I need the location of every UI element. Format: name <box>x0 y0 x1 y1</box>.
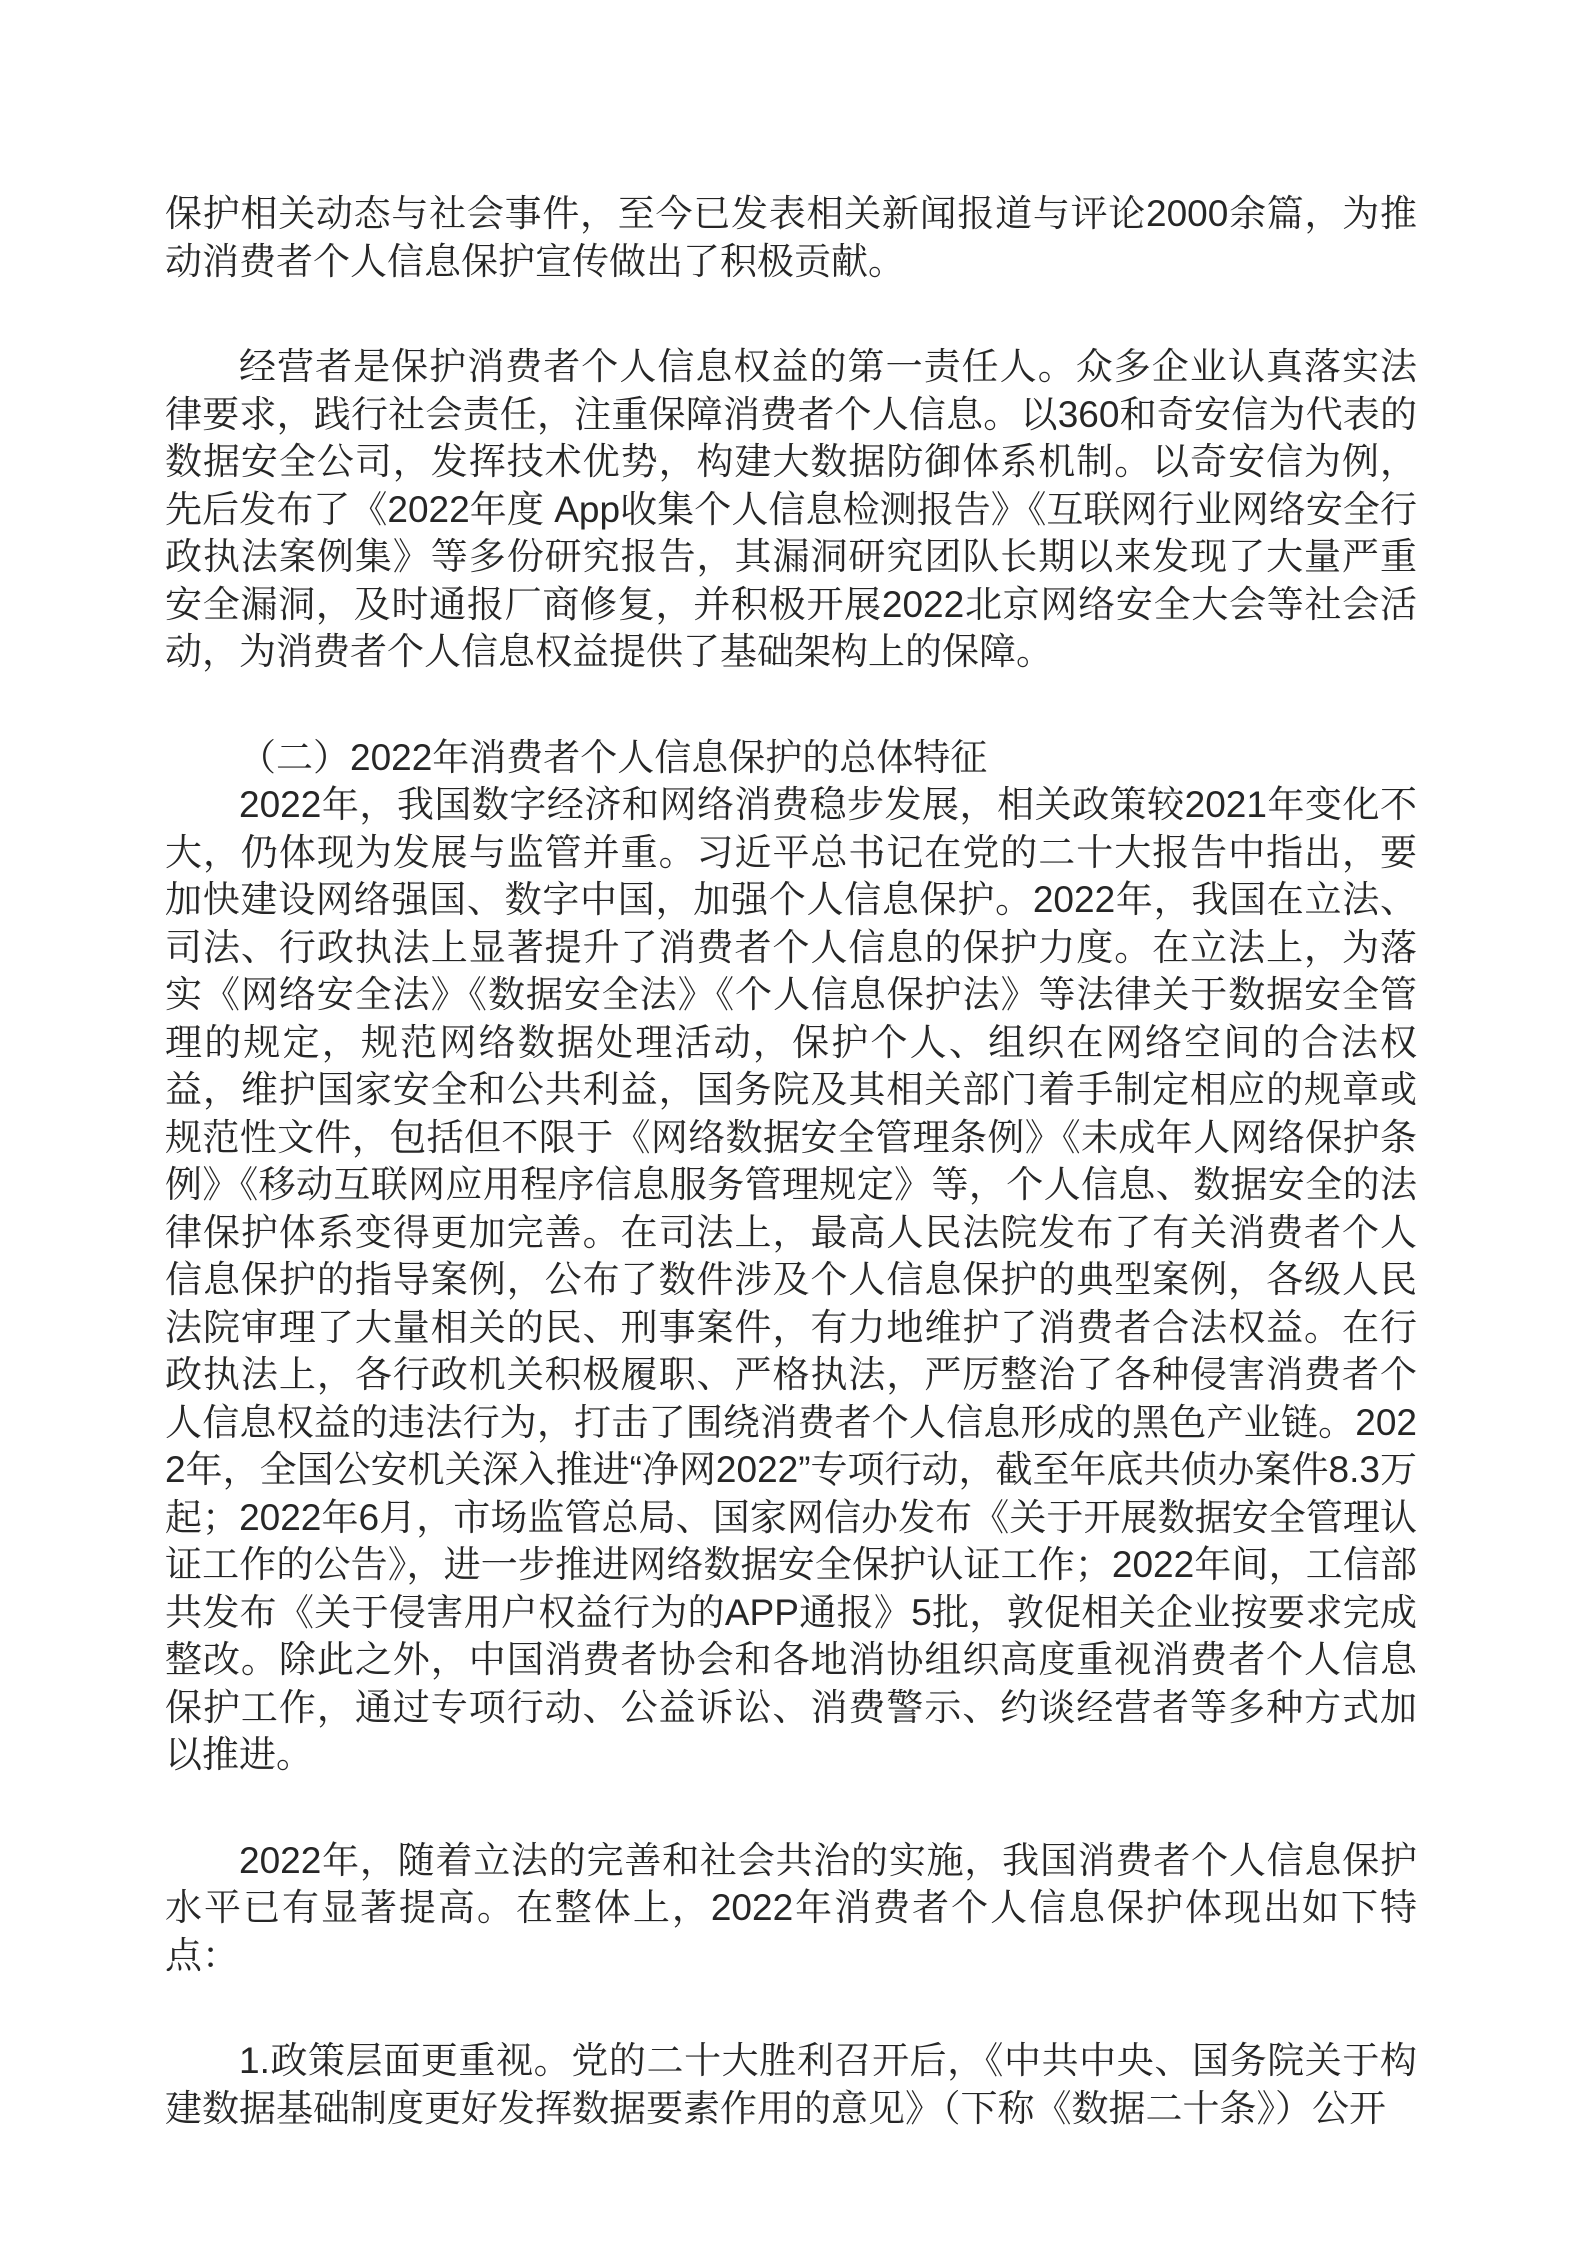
paragraph-operators-responsibility: 经营者是保护消费者个人信息权益的第一责任人。众多企业认真落实法律要求，践行社会责… <box>165 343 1417 676</box>
document-page: 保护相关动态与社会事件，至今已发表相关新闻报道与评论2000余篇，为推动消费者个… <box>0 0 1585 2244</box>
paragraph-overall-characteristics: 2022年，我国数字经济和网络消费稳步发展，相关政策较2021年变化不大，仍体现… <box>165 781 1417 1779</box>
paragraph-policy-emphasis: 1.政策层面更重视。党的二十大胜利召开后，《中共中央、国务院关于构建数据基础制度… <box>165 2037 1417 2132</box>
section-heading: （二）2022年消费者个人信息保护的总体特征 <box>165 734 1417 782</box>
paragraph-continuation: 保护相关动态与社会事件，至今已发表相关新闻报道与评论2000余篇，为推动消费者个… <box>165 190 1417 285</box>
paragraph-protection-level-improved: 2022年，随着立法的完善和社会共治的实施，我国消费者个人信息保护水平已有显著提… <box>165 1837 1417 1980</box>
